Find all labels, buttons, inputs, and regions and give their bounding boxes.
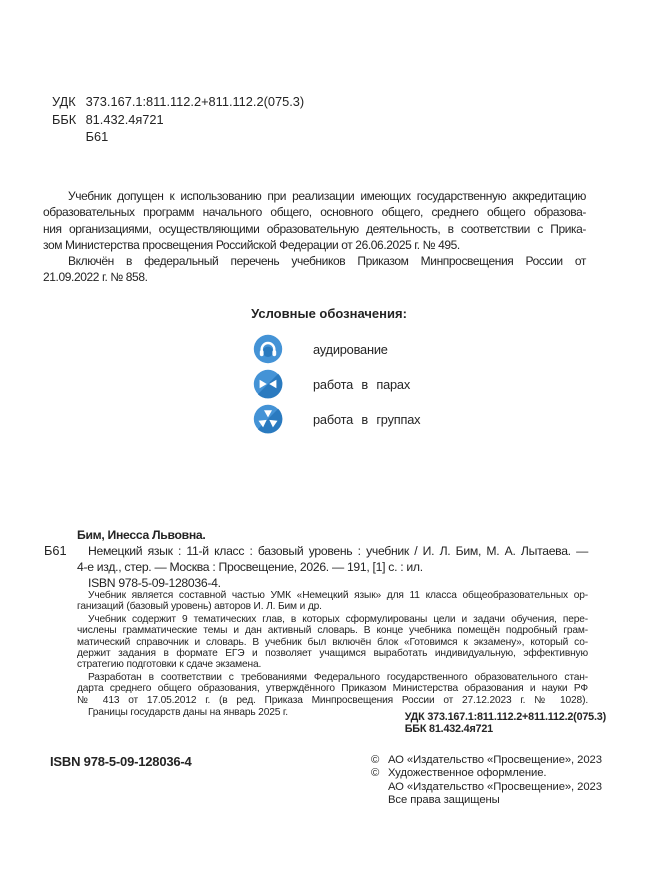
- annotation-line: держит задания в формате ЕГЭ и позволяет…: [77, 648, 588, 659]
- copyright-symbol: ©: [371, 767, 388, 780]
- legend-label-pair-work: работа в парах: [313, 377, 410, 392]
- footer-isbn: ISBN 978-5-09-128036-4: [50, 754, 192, 769]
- copyright-text: АО «Издательство «Просвещение», 2023: [388, 781, 602, 793]
- udk-row: УДК 373.167.1:811.112.2+811.112.2(075.3): [52, 93, 304, 111]
- udk-label: УДК: [52, 93, 82, 111]
- copyright-line: ©Художественное оформление.: [371, 767, 602, 780]
- legend-item-group-work: работа в группах: [253, 404, 420, 434]
- udk-value: 373.167.1:811.112.2+811.112.2(075.3): [86, 94, 305, 109]
- approval-line: 21.09.2022 г. № 858.: [43, 269, 586, 285]
- headphones-icon: [253, 334, 283, 364]
- author-code: Б61: [86, 129, 109, 144]
- bbk-row: ББК 81.432.4я721: [52, 111, 304, 129]
- legend-item-pair-work: работа в парах: [253, 369, 410, 399]
- annotation-line: дарта среднего общего образования, утвер…: [77, 683, 588, 694]
- author-code-row: Б61: [52, 128, 304, 146]
- legend-item-audio: аудирование: [253, 334, 388, 364]
- book-imprint-page: УДК 373.167.1:811.112.2+811.112.2(075.3)…: [0, 0, 650, 869]
- approval-line: Учебник допущен к использованию при реал…: [43, 188, 586, 204]
- biblio-isbn: ISBN 978-5-09-128036-4.: [77, 575, 588, 591]
- bottom-bbk: ББК 81.432.4я721: [405, 723, 606, 735]
- copyright-symbol: ©: [371, 754, 388, 767]
- annotation-line: стратегию подготовки к сдаче экзамена.: [77, 659, 588, 670]
- annotation-line: ганизаций (базовый уровень) авторов И. Л…: [77, 601, 588, 612]
- top-codes-block: УДК 373.167.1:811.112.2+811.112.2(075.3)…: [52, 93, 304, 146]
- copyright-line: ©АО «Издательство «Просвещение», 2023: [371, 754, 602, 767]
- approval-line: Включён в федеральный перечень учебников…: [43, 253, 586, 269]
- biblio-line: Немецкий язык : 11-й класс : базовый уро…: [77, 543, 588, 559]
- approval-paragraphs: Учебник допущен к использованию при реал…: [43, 188, 586, 286]
- bbk-value: 81.432.4я721: [86, 112, 164, 127]
- biblio-code: Б61: [44, 543, 67, 558]
- biblio-author: Бим, Инесса Львовна.: [77, 527, 588, 543]
- approval-line: зом Министерства просвещения Российской …: [43, 237, 586, 253]
- annotation-line: Учебник является составной частью УМК «Н…: [77, 590, 588, 601]
- copyright-text: АО «Издательство «Просвещение», 2023: [388, 754, 602, 766]
- legend-label-audio: аудирование: [313, 342, 388, 357]
- annotation-line: числены грамматические темы и дан активн…: [77, 625, 588, 636]
- bbk-label: ББК: [52, 111, 82, 129]
- annotation-line: матический справочник и словарь. В учебн…: [77, 637, 588, 648]
- annotation-line: Учебник содержит 9 тематических глав, в …: [77, 614, 588, 625]
- biblio-line: 4-е изд., стер. — Москва : Просвещение, …: [77, 559, 588, 575]
- bottom-codes-block: УДК 373.167.1:811.112.2+811.112.2(075.3)…: [405, 711, 606, 736]
- approval-line: ния организациями, осуществляющими образ…: [43, 221, 586, 237]
- copyright-text: Художественное оформление.: [388, 767, 546, 779]
- approval-line: образовательных программ начального обще…: [43, 204, 586, 220]
- bibliographic-record: Бим, Инесса Львовна. Немецкий язык : 11-…: [77, 527, 588, 591]
- copyright-line: Все права защищены: [371, 794, 602, 807]
- group-work-icon: [253, 404, 283, 434]
- annotation-line: Разработан в соответствии с требованиями…: [77, 672, 588, 683]
- annotation-block: Учебник является составной частью УМК «Н…: [77, 590, 588, 719]
- annotation-line: № 413 от 17.05.2012 г. (в ред. Приказа М…: [77, 695, 588, 706]
- copyright-text: Все права защищены: [388, 794, 500, 806]
- legend-title: Условные обозначения:: [0, 306, 650, 321]
- copyright-block: ©АО «Издательство «Просвещение», 2023 ©Х…: [371, 754, 602, 807]
- bottom-udk: УДК 373.167.1:811.112.2+811.112.2(075.3): [405, 711, 606, 723]
- legend-label-group-work: работа в группах: [313, 412, 420, 427]
- copyright-line: АО «Издательство «Просвещение», 2023: [371, 781, 602, 794]
- pair-work-icon: [253, 369, 283, 399]
